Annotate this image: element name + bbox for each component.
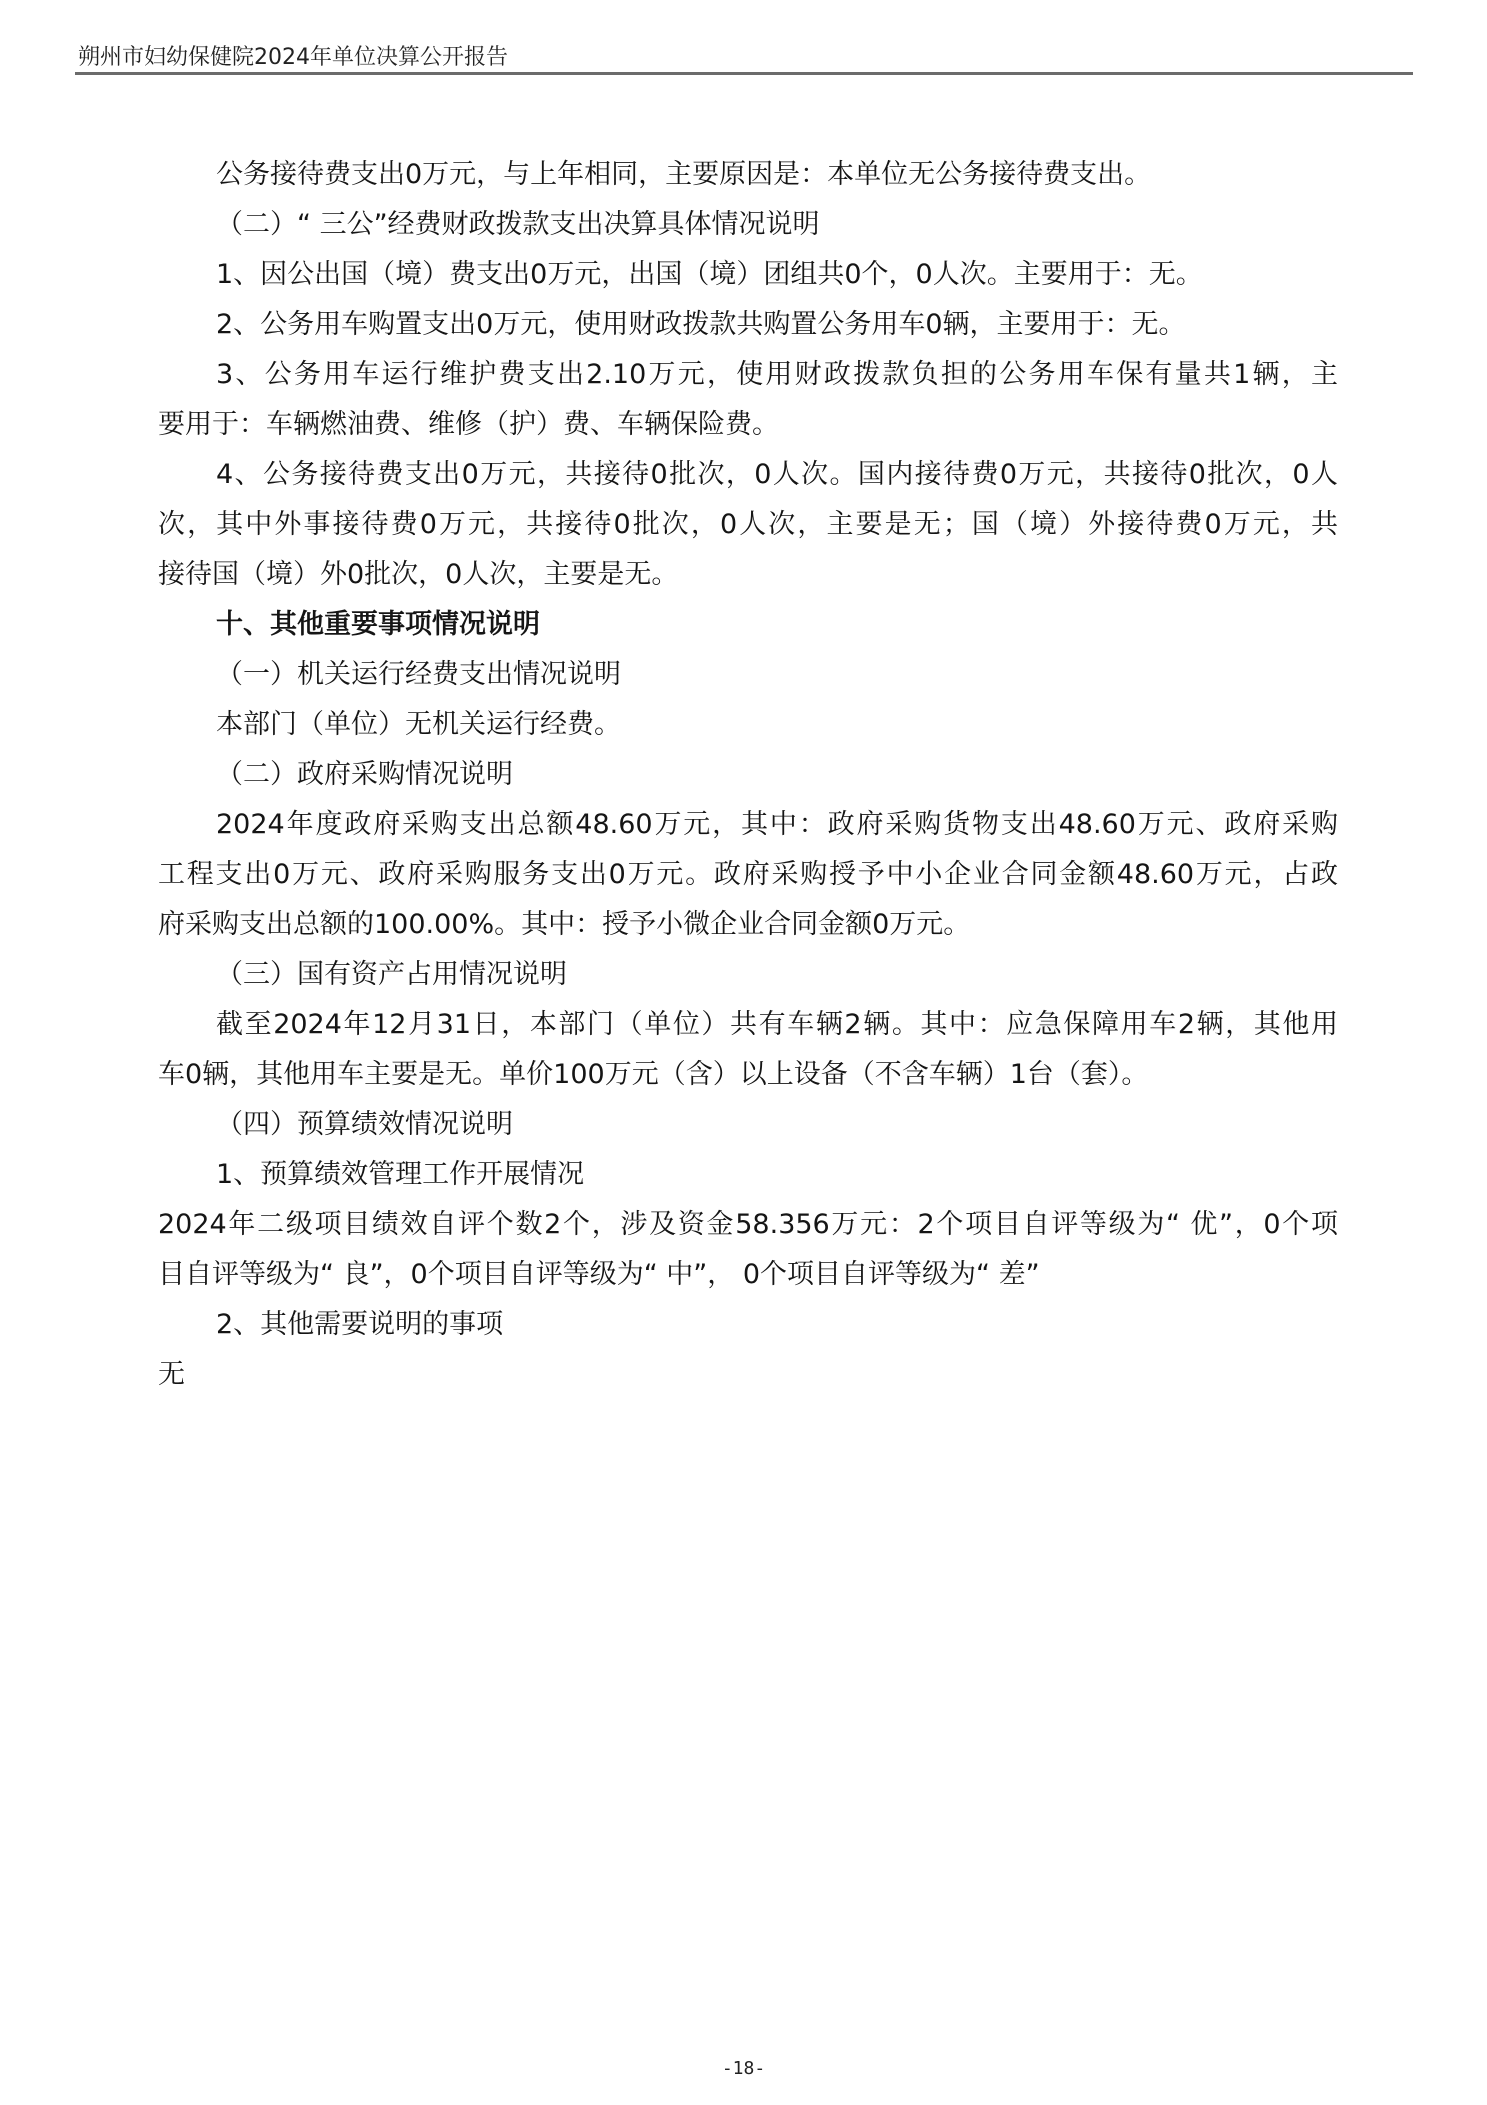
paragraph-line: 无 [158, 1350, 1338, 1400]
paragraph-line: 公务接待费支出0万元，与上年相同，主要原因是：本单位无公务接待费支出。 [158, 150, 1338, 200]
page-number: -18- [0, 2058, 1487, 2079]
header-divider [75, 72, 1413, 75]
section-heading: （一）机关运行经费支出情况说明 [158, 650, 1338, 700]
subsection-heading: 2、其他需要说明的事项 [158, 1300, 1338, 1350]
paragraph-line: 本部门（单位）无机关运行经费。 [158, 700, 1338, 750]
paragraph-line: 车0辆，其他用车主要是无。单价100万元（含）以上设备（不含车辆）1台（套）。 [158, 1050, 1338, 1100]
page-header-title: 朔州市妇幼保健院2024年单位决算公开报告 [78, 40, 508, 71]
paragraph-line: 4、公务接待费支出0万元，共接待0批次，0人次。国内接待费0万元，共接待0批次，… [158, 450, 1338, 500]
paragraph-line: 1、因公出国（境）费支出0万元，出国（境）团组共0个，0人次。主要用于：无。 [158, 250, 1338, 300]
paragraph-line: 要用于：车辆燃油费、维修（护）费、车辆保险费。 [158, 400, 1338, 450]
paragraph-line: 2、公务用车购置支出0万元，使用财政拨款共购置公务用车0辆，主要用于：无。 [158, 300, 1338, 350]
paragraph-line: 工程支出0万元、政府采购服务支出0万元。政府采购授予中小企业合同金额48.60万… [158, 850, 1338, 900]
paragraph-line: 2024年度政府采购支出总额48.60万元，其中：政府采购货物支出48.60万元… [158, 800, 1338, 850]
chapter-heading: 十、其他重要事项情况说明 [158, 600, 1338, 650]
subsection-heading: 1、预算绩效管理工作开展情况 [158, 1150, 1338, 1200]
document-body: 公务接待费支出0万元，与上年相同，主要原因是：本单位无公务接待费支出。 （二）“… [158, 150, 1338, 1400]
section-heading: （三）国有资产占用情况说明 [158, 950, 1338, 1000]
paragraph-line: 次，其中外事接待费0万元，共接待0批次，0人次，主要是无；国（境）外接待费0万元… [158, 500, 1338, 550]
paragraph-line: 2024年二级项目绩效自评个数2个，涉及资金58.356万元：2个项目自评等级为… [158, 1200, 1338, 1250]
paragraph-line: 接待国（境）外0批次，0人次，主要是无。 [158, 550, 1338, 600]
section-heading: （四）预算绩效情况说明 [158, 1100, 1338, 1150]
paragraph-line: 截至2024年12月31日，本部门（单位）共有车辆2辆。其中：应急保障用车2辆，… [158, 1000, 1338, 1050]
paragraph-line: 府采购支出总额的100.00%。其中：授予小微企业合同金额0万元。 [158, 900, 1338, 950]
paragraph-line: 目自评等级为“ 良”，0个项目自评等级为“ 中”， 0个项目自评等级为“ 差” [158, 1250, 1338, 1300]
paragraph-line: 3、公务用车运行维护费支出2.10万元，使用财政拨款负担的公务用车保有量共1辆，… [158, 350, 1338, 400]
section-heading: （二）政府采购情况说明 [158, 750, 1338, 800]
section-heading: （二）“ 三公”经费财政拨款支出决算具体情况说明 [158, 200, 1338, 250]
